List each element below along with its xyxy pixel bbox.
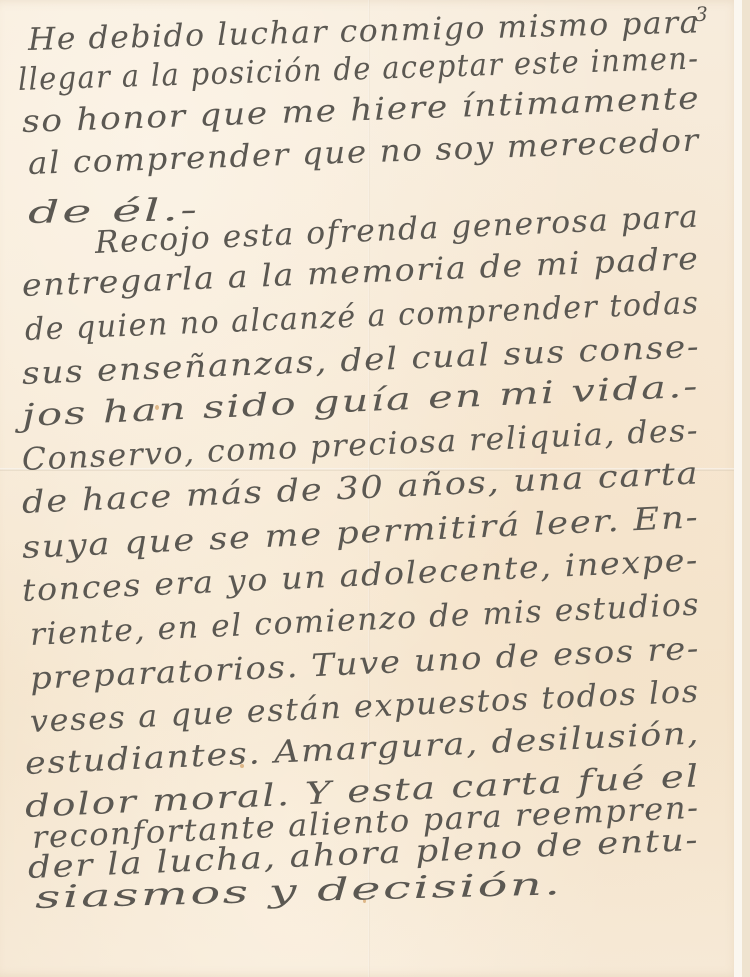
handwritten-letter-page: 3 He debido luchar conmigo mismo para ll… bbox=[0, 0, 742, 977]
paper-edge bbox=[734, 0, 742, 977]
